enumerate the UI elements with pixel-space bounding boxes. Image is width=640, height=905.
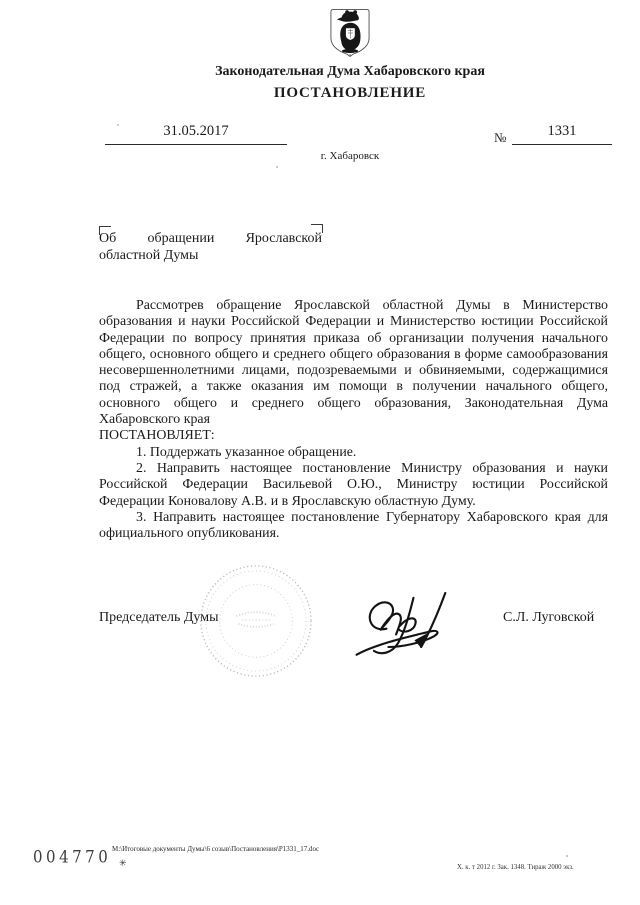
signer-title: Председатель Думы xyxy=(99,610,219,626)
scan-speckle xyxy=(117,124,119,126)
organization-name: Законодательная Дума Хабаровского края xyxy=(100,64,600,80)
document-number: 1331 xyxy=(512,123,612,145)
subject-line-1: Об обращении Ярославской xyxy=(99,231,322,248)
document-date: 31.05.2017 xyxy=(105,123,287,145)
resolution-item-3: 3. Направить настоящее постановление Губ… xyxy=(99,510,608,543)
city-line: г. Хабаровск xyxy=(100,150,600,162)
document-body: Рассмотрев обращение Ярославской областн… xyxy=(99,298,608,542)
scan-speckle xyxy=(276,166,278,168)
document-type-title: ПОСТАНОВЛЕНИЕ xyxy=(100,85,600,102)
handwritten-signature-icon xyxy=(345,576,480,669)
signer-name: С.Л. Луговской xyxy=(503,610,594,626)
document-page: Законодательная Дума Хабаровского края П… xyxy=(0,0,640,905)
subject-block: Об обращении Ярославской областной Думы xyxy=(99,231,322,264)
resolution-item-1: 1. Поддержать указанное обращение. xyxy=(99,445,608,461)
resolution-item-2: 2. Направить настоящее постановление Мин… xyxy=(99,461,608,510)
preamble-paragraph: Рассмотрев обращение Ярославской областн… xyxy=(99,298,608,428)
asterisk-ornament-icon: ✳ xyxy=(119,858,127,869)
scan-speckle xyxy=(566,855,568,857)
registration-stamp-number: 004770 xyxy=(33,847,111,867)
scan-speckle xyxy=(389,86,391,88)
resolves-label: ПОСТАНОВЛЯЕТ: xyxy=(99,428,608,444)
file-path-note: М:\Итоговые документы Думы\6 созыв\Поста… xyxy=(112,845,319,853)
print-shop-imprint: Х. к. т 2012 г. Зак. 1348. Тираж 2000 эк… xyxy=(457,864,574,871)
number-sign-label: № xyxy=(494,130,506,146)
coat-of-arms-icon xyxy=(328,4,372,67)
subject-line-2: областной Думы xyxy=(99,248,322,265)
